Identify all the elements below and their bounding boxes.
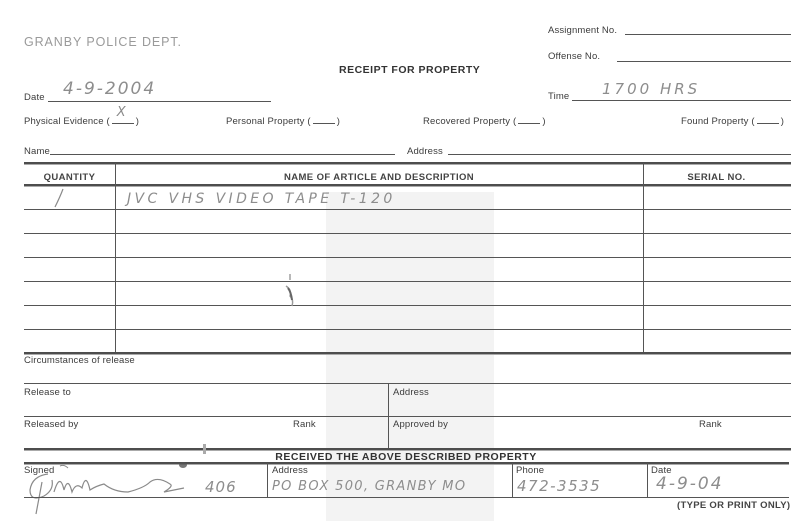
row-divider bbox=[24, 281, 791, 282]
received-date-value: 4-9-04 bbox=[656, 476, 724, 493]
time-line bbox=[572, 100, 791, 101]
pen-smudge bbox=[280, 272, 302, 312]
approved-by-label: Approved by bbox=[393, 419, 448, 430]
received-address-label: Address bbox=[272, 465, 308, 476]
assignment-no-label: Assignment No. bbox=[548, 25, 617, 36]
personal-property-blank bbox=[313, 115, 335, 124]
released-by-label: Released by bbox=[24, 419, 78, 430]
table-bottom-border bbox=[24, 352, 791, 354]
date-label: Date bbox=[24, 92, 45, 103]
date-line bbox=[48, 101, 271, 102]
physical-evidence-option: Physical Evidence (X) bbox=[24, 115, 139, 127]
received-bottom-line bbox=[24, 497, 789, 498]
row-divider bbox=[24, 233, 791, 234]
found-property-label: Found Property bbox=[681, 116, 749, 127]
row-description: JVC VHS VIDEO TAPE T-120 bbox=[127, 192, 396, 206]
time-value: 1700 HRS bbox=[602, 82, 700, 97]
paren-open: ( bbox=[106, 116, 109, 127]
column-header-quantity: QUANTITY bbox=[24, 172, 115, 183]
table-header-border bbox=[24, 184, 791, 186]
column-divider bbox=[643, 163, 644, 353]
circumstances-line bbox=[24, 383, 791, 384]
time-label: Time bbox=[548, 91, 569, 102]
received-address-value: PO BOX 500, GRANBY MO bbox=[272, 480, 466, 493]
ink-spot bbox=[203, 444, 206, 454]
release-address-label: Address bbox=[393, 387, 429, 398]
column-divider bbox=[115, 163, 116, 353]
row-quantity: 1 bbox=[56, 191, 59, 192]
column-header-description: NAME OF ARTICLE AND DESCRIPTION bbox=[115, 172, 643, 183]
paren-open: ( bbox=[307, 116, 310, 127]
row-divider bbox=[24, 329, 791, 330]
found-property-option: Found Property () bbox=[681, 115, 784, 127]
physical-evidence-blank: X bbox=[112, 115, 134, 124]
physical-evidence-mark: X bbox=[117, 107, 126, 118]
assignment-no-line bbox=[625, 34, 791, 35]
date-value: 4-9-2004 bbox=[63, 81, 156, 98]
offense-no-line bbox=[617, 61, 791, 62]
row-divider bbox=[24, 305, 791, 306]
release-to-line bbox=[24, 416, 791, 417]
approved-by-rank-label: Rank bbox=[699, 419, 722, 430]
department-name: GRANBY POLICE DEPT. bbox=[24, 35, 182, 49]
paren-open: ( bbox=[751, 116, 754, 127]
paren-close: ) bbox=[781, 116, 784, 127]
signature bbox=[24, 462, 199, 518]
signed-badge-number: 406 bbox=[205, 480, 237, 495]
received-divider bbox=[512, 463, 513, 497]
release-bottom-border bbox=[24, 448, 791, 450]
ink-spot bbox=[179, 462, 187, 468]
type-or-print-note: (TYPE OR PRINT ONLY) bbox=[677, 500, 790, 511]
column-header-serial: SERIAL NO. bbox=[643, 172, 790, 183]
paren-close: ) bbox=[542, 116, 545, 127]
personal-property-label: Personal Property bbox=[226, 116, 305, 127]
released-by-rank-label: Rank bbox=[293, 419, 316, 430]
name-label: Name bbox=[24, 146, 50, 157]
received-divider bbox=[647, 463, 648, 497]
quantity-stroke bbox=[50, 187, 70, 209]
table-top-border bbox=[24, 162, 791, 164]
paren-open: ( bbox=[513, 116, 516, 127]
paren-close: ) bbox=[337, 116, 340, 127]
address-label: Address bbox=[407, 146, 443, 157]
name-line bbox=[50, 154, 395, 155]
received-divider bbox=[267, 463, 268, 497]
offense-no-label: Offense No. bbox=[548, 51, 600, 62]
row-divider bbox=[24, 257, 791, 258]
paren-close: ) bbox=[136, 116, 139, 127]
phone-value: 472-3535 bbox=[517, 479, 601, 494]
form-title: RECEIPT FOR PROPERTY bbox=[339, 64, 480, 76]
scan-shading bbox=[326, 192, 494, 521]
address-line bbox=[448, 154, 791, 155]
physical-evidence-label: Physical Evidence bbox=[24, 116, 104, 127]
recovered-property-option: Recovered Property () bbox=[423, 115, 546, 127]
recovered-property-blank bbox=[518, 115, 540, 124]
found-property-blank bbox=[757, 115, 779, 124]
circumstances-label: Circumstances of release bbox=[24, 355, 135, 366]
release-to-label: Release to bbox=[24, 387, 71, 398]
phone-label: Phone bbox=[516, 465, 544, 476]
personal-property-option: Personal Property () bbox=[226, 115, 340, 127]
recovered-property-label: Recovered Property bbox=[423, 116, 510, 127]
row-divider bbox=[24, 209, 791, 210]
release-column-divider bbox=[388, 383, 389, 449]
